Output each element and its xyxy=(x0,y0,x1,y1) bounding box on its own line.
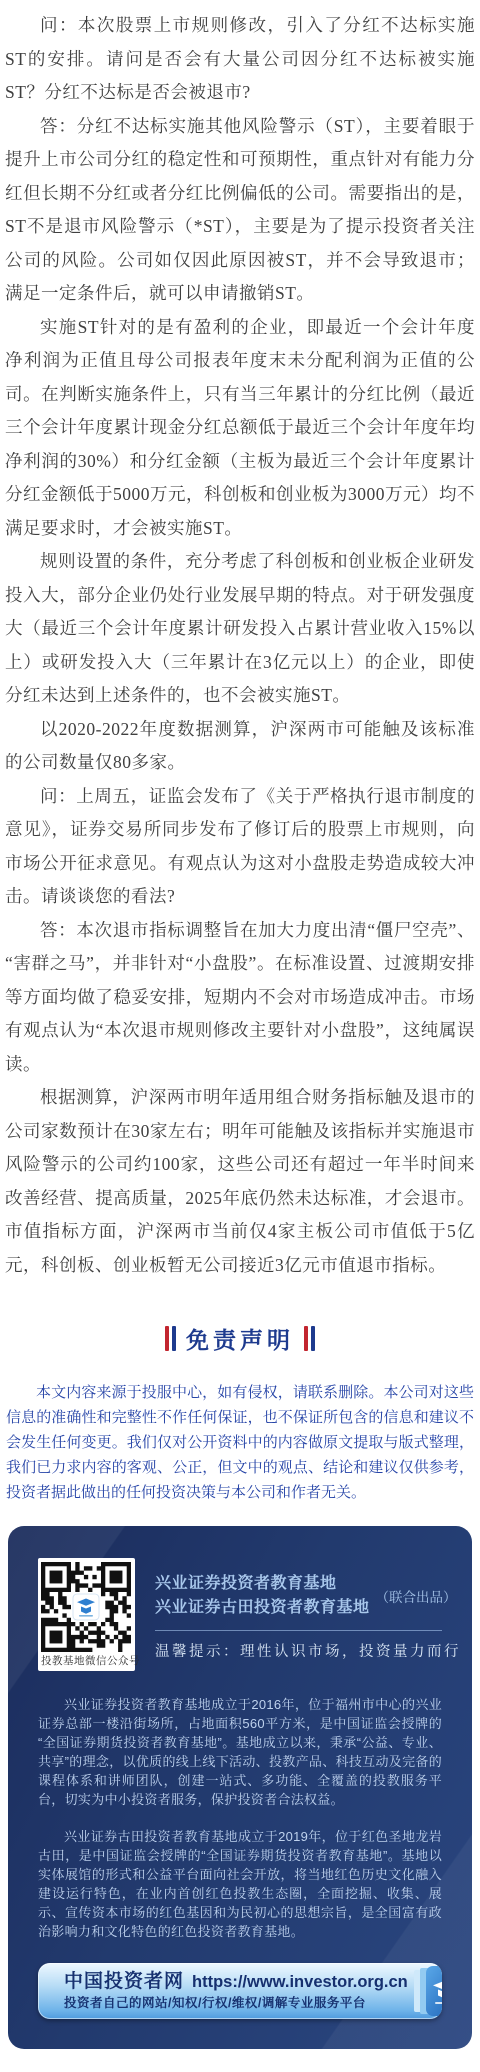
article-paragraph: 答：分红不达标实施其他风险警示（ST），主要着眼于提升上市公司分红的稳定性和可预… xyxy=(5,110,475,311)
co-production-badge: （联合出品） xyxy=(376,1586,457,1606)
site-name: 中国投资者网 xyxy=(64,1972,184,1991)
disclaimer-title: 免责声明 xyxy=(186,1322,294,1355)
site-tagline: 投资者自己的网站/知权/行权/维权/调解专业服务平台 xyxy=(64,1997,408,2010)
page: 问：本次股票上市规则修改，引入了分红不达标实施ST的安排。请问是否会有大量公司因… xyxy=(0,0,480,2072)
article-paragraph: 问：上周五，证监会发布了《关于严格执行退市制度的意见》，证券交易所同步发布了修订… xyxy=(5,780,475,914)
card-paragraph: 兴业证券投资者教育基地成立于2016年，位于福州市中心的兴业证券总部一楼沿街场所… xyxy=(38,1695,442,1809)
qr-code-image xyxy=(41,1562,131,1652)
investor-site-banner[interactable]: 中国投资者网 https://www.investor.org.cn 投资者自己… xyxy=(38,1963,442,2019)
card-title-secondary: 兴业证券古田投资者教育基地 xyxy=(155,1596,370,1620)
investor-education-card: 投教基地微信公众号 兴业证券投资者教育基地 兴业证券古田投资者教育基地 （联合出… xyxy=(8,1526,472,2049)
card-paragraph: 兴业证券古田投资者教育基地成立于2019年，位于红色圣地龙岩古田，是中国证监会授… xyxy=(38,1827,442,1941)
book-stack-icon xyxy=(408,1963,442,2019)
disclaimer-heading: 免责声明 xyxy=(0,1322,480,1355)
qr-caption: 投教基地微信公众号 xyxy=(41,1653,132,1668)
article-section: 问：本次股票上市规则修改，引入了分红不达标实施ST的安排。请问是否会有大量公司因… xyxy=(0,0,480,1282)
warm-tip: 温馨提示：理性认识市场，投资量力而行 xyxy=(155,1640,442,1661)
double-bar-icon xyxy=(304,1326,315,1351)
article-paragraph: 实施ST针对的是有盈利的企业，即最近一个会计年度净利润为正值且母公司报表年度末未… xyxy=(5,311,475,546)
article-paragraph: 规则设置的条件，充分考虑了科创板和创业板企业研发投入大，部分企业仍处行业发展早期… xyxy=(5,545,475,713)
divider xyxy=(155,1630,442,1631)
disclaimer-body: 本文内容来源于投服中心，如有侵权，请联系删除。本公司对这些信息的准确性和完整性不… xyxy=(6,1380,474,1505)
card-title-primary: 兴业证券投资者教育基地 xyxy=(155,1572,370,1596)
card-header: 投教基地微信公众号 兴业证券投资者教育基地 兴业证券古田投资者教育基地 （联合出… xyxy=(38,1558,442,1671)
article-paragraph: 以2020-2022年度数据测算，沪深两市可能触及该标准的公司数量仅80多家。 xyxy=(5,713,475,780)
banner-text: 中国投资者网 https://www.investor.org.cn 投资者自己… xyxy=(38,1972,408,2010)
article-paragraph: 问：本次股票上市规则修改，引入了分红不达标实施ST的安排。请问是否会有大量公司因… xyxy=(5,9,475,110)
qr-code-panel: 投教基地微信公众号 xyxy=(38,1558,135,1671)
card-header-text: 兴业证券投资者教育基地 兴业证券古田投资者教育基地 （联合出品） 温馨提示：理性… xyxy=(155,1558,442,1661)
double-bar-icon xyxy=(165,1326,176,1351)
article-paragraph: 根据测算，沪深两市明年适用组合财务指标触及退市的公司家数预计在30家左右；明年可… xyxy=(5,1081,475,1282)
site-url-link[interactable]: https://www.investor.org.cn xyxy=(192,1974,408,1991)
article-paragraph: 答：本次退市指标调整旨在加大力度出清“僵尸空壳”、“害群之马”，并非针对“小盘股… xyxy=(5,914,475,1082)
